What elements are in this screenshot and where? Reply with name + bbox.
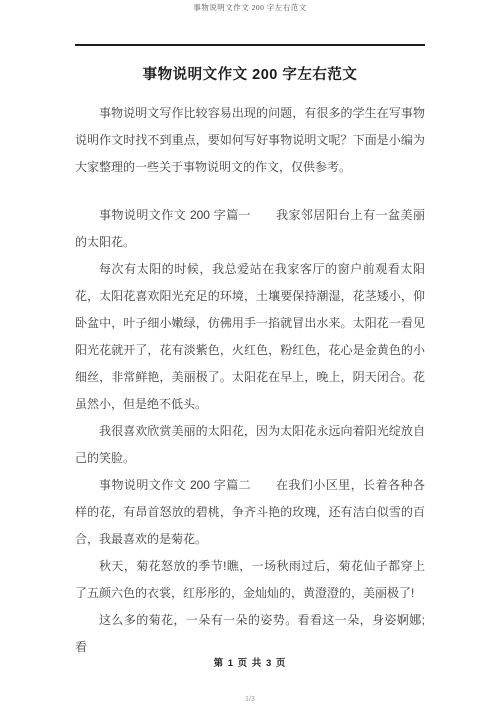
paragraph-essay1-body: 每次有太阳的时候，我总爱站在我家客厅的窗户前观看太阳花，太阳花喜欢阳光充足的环境…	[75, 256, 425, 418]
title-divider	[75, 44, 425, 46]
paragraph-essay2-body: 秋天，菊花怒放的季节!瞧，一场秋雨过后，菊花仙子都穿上了五颜六色的衣裳，红彤彤的…	[75, 553, 425, 607]
document-body: 事物说明文写作比较容易出现的问题，有很多的学生在写事物说明作文时找不到重点，要如…	[75, 100, 425, 661]
page-indicator: 1/3	[0, 696, 500, 703]
paragraph-essay2-opening: 事物说明文作文 200 字篇二 在我们小区里，长着各种各样的花，有昂首怒放的碧桃…	[75, 472, 425, 553]
page-number-label: 第 1 页 共 3 页	[0, 655, 500, 669]
paragraph-essay2-partial: 这么多的菊花，一朵有一朵的姿势。看看这一朵，身姿婀娜;看	[75, 607, 425, 661]
running-head: 事物说明文作文 200 字左右范文	[0, 2, 500, 13]
paragraph-essay1-opening: 事物说明文作文 200 字篇一 我家邻居阳台上有一盆美丽的太阳花。	[75, 202, 425, 256]
document-page: 事物说明文作文 200 字左右范文 事物说明文作文 200 字左右范文 事物说明…	[0, 0, 500, 707]
paragraph-essay1-closing: 我很喜欢欣赏美丽的太阳花，因为太阳花永远向着阳光绽放自己的笑脸。	[75, 418, 425, 472]
page-title: 事物说明文作文 200 字左右范文	[0, 63, 500, 84]
paragraph-intro: 事物说明文写作比较容易出现的问题，有很多的学生在写事物说明作文时找不到重点，要如…	[75, 100, 425, 181]
